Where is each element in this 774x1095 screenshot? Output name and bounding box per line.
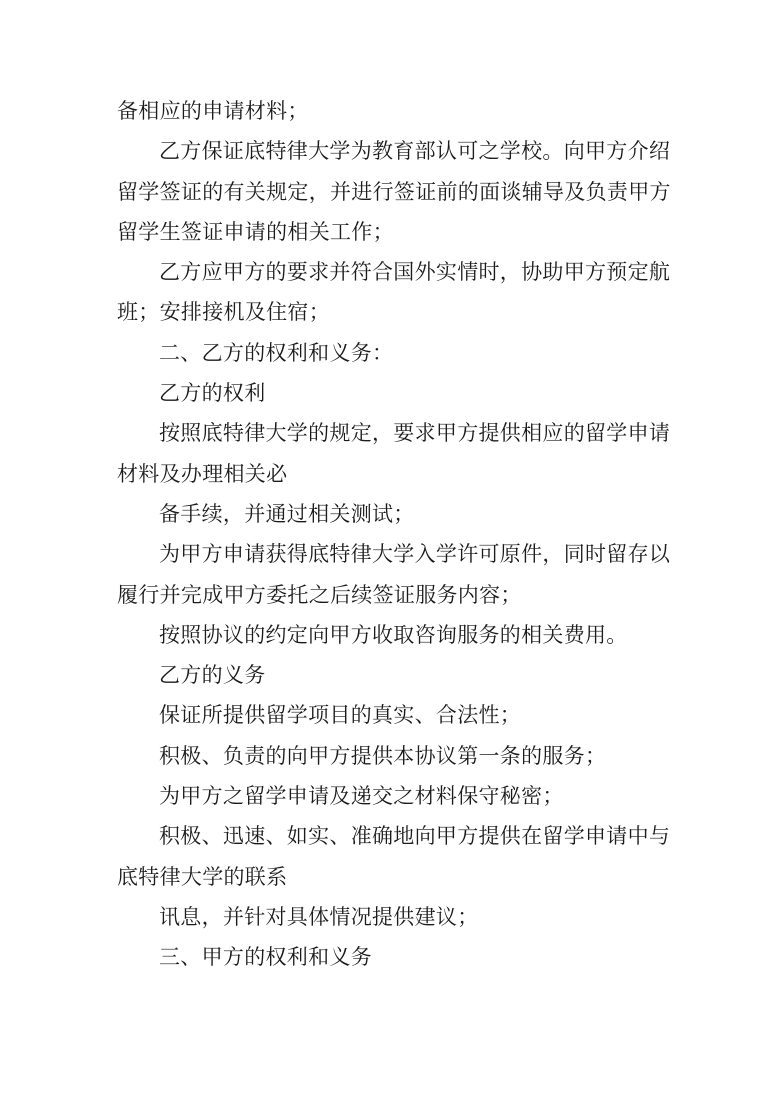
text-line: 乙方的权利: [117, 373, 677, 413]
text-line: 三、甲方的权利和义务: [117, 937, 677, 977]
text-line: 乙方应甲方的要求并符合国外实情时，协助甲方预定航: [117, 252, 677, 292]
text-line: 为甲方之留学申请及递交之材料保守秘密；: [117, 776, 677, 816]
text-line: 乙方的义务: [117, 655, 677, 695]
text-line: 积极、迅速、如实、准确地向甲方提供在留学申请中与: [117, 816, 677, 856]
text-line: 按照底特律大学的规定，要求甲方提供相应的留学申请: [117, 413, 677, 453]
text-line: 为甲方申请获得底特律大学入学许可原件，同时留存以: [117, 534, 677, 574]
text-line: 按照协议的约定向甲方收取咨询服务的相关费用。: [117, 615, 677, 655]
text-line: 班；安排接机及住宿；: [117, 292, 677, 332]
text-line: 备手续，并通过相关测试；: [117, 494, 677, 534]
text-line: 履行并完成甲方委托之后续签证服务内容；: [117, 575, 677, 615]
text-line: 乙方保证底特律大学为教育部认可之学校。向甲方介绍: [117, 131, 677, 171]
text-line: 二、乙方的权利和义务：: [117, 333, 677, 373]
document-page: 备相应的申请材料；乙方保证底特律大学为教育部认可之学校。向甲方介绍留学签证的有关…: [0, 0, 774, 1095]
text-line: 底特律大学的联系: [117, 857, 677, 897]
text-line: 讯息，并针对具体情况提供建议；: [117, 897, 677, 937]
text-line: 材料及办理相关必: [117, 454, 677, 494]
document-text-block: 备相应的申请材料；乙方保证底特律大学为教育部认可之学校。向甲方介绍留学签证的有关…: [117, 91, 677, 978]
text-line: 保证所提供留学项目的真实、合法性；: [117, 695, 677, 735]
text-line: 备相应的申请材料；: [117, 91, 677, 131]
text-line: 留学生签证申请的相关工作；: [117, 212, 677, 252]
text-line: 留学签证的有关规定，并进行签证前的面谈辅导及负责甲方: [117, 172, 677, 212]
text-line: 积极、负责的向甲方提供本协议第一条的服务；: [117, 736, 677, 776]
